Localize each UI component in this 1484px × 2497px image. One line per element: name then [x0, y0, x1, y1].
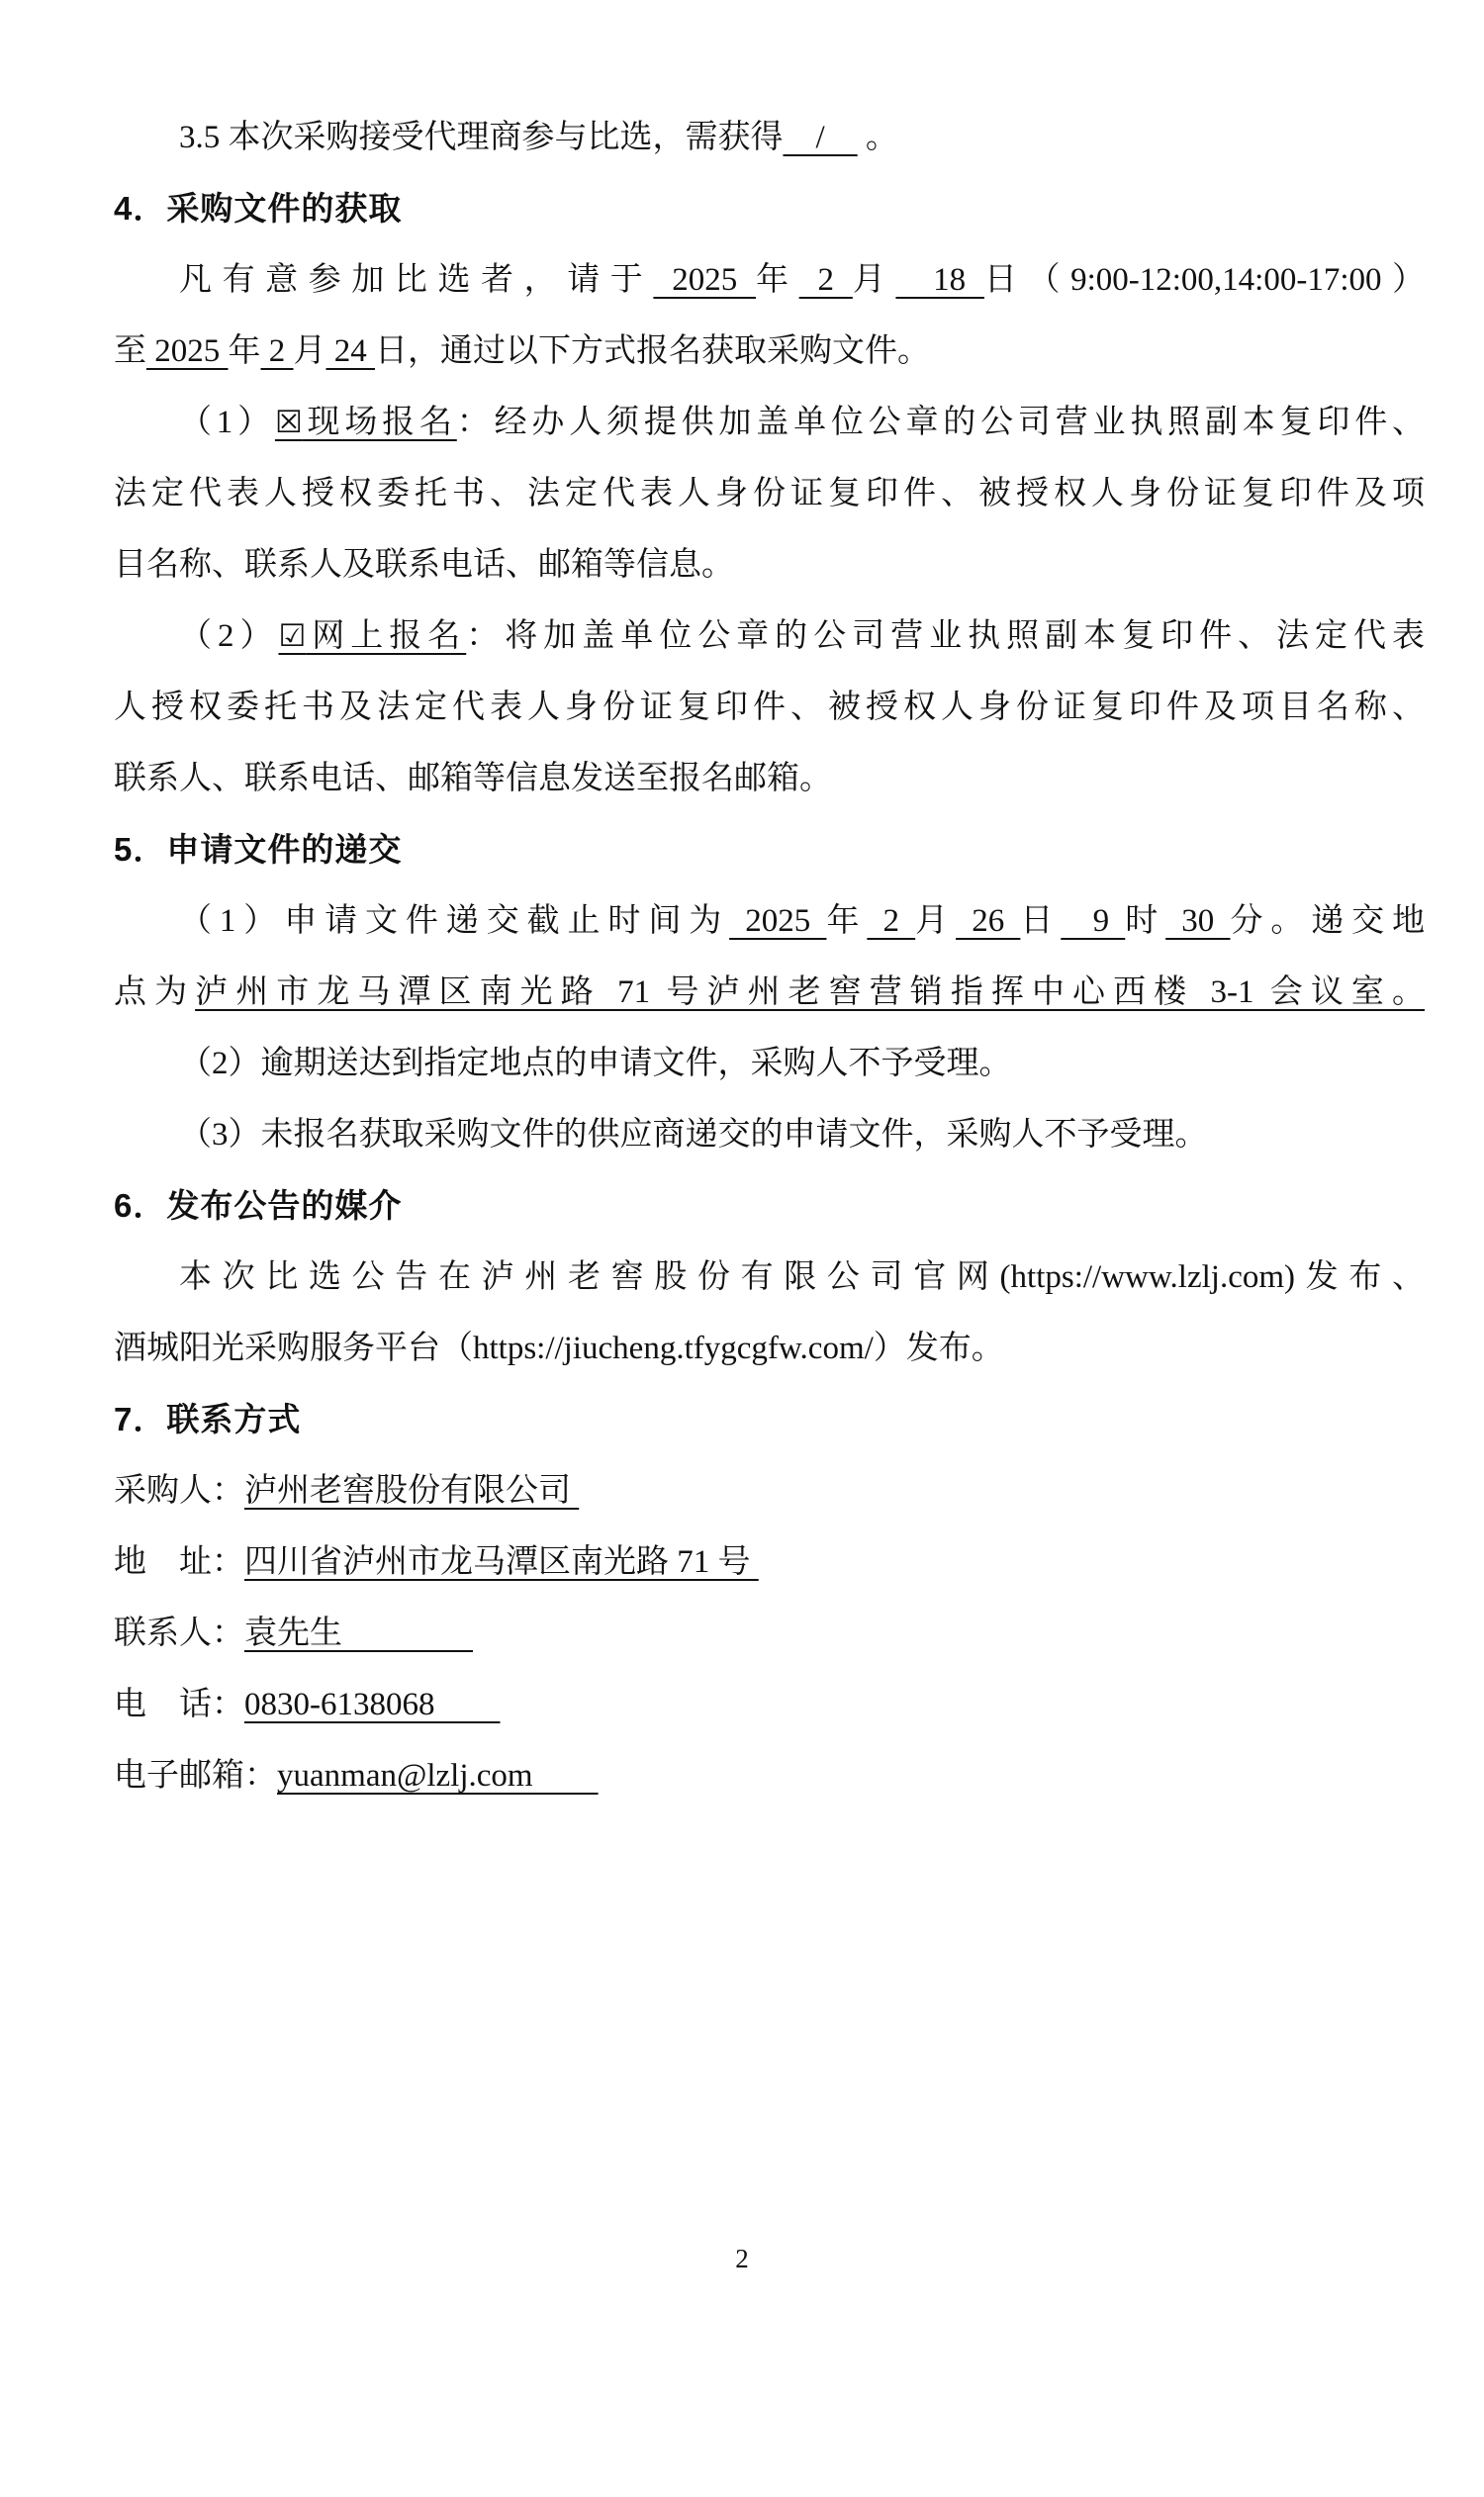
purchaser-value: 泸州老窖股份有限公司: [244, 1473, 579, 1509]
text-run: ：将加盖单位公章的公司营业执照副本复印件、法定代表: [466, 618, 1425, 654]
reg-end-day: 24: [326, 333, 376, 369]
para-obtain-line-2: 至 2025 年 2 月 24 日，通过以下方式报名获取采购文件。: [114, 316, 1425, 387]
para-onsite-line-3: 目名称、联系人及联系电话、邮箱等信息。: [114, 529, 1425, 601]
deadline-hour: 9: [1061, 903, 1125, 939]
text-run: （3）未报名获取采购文件的供应商递交的申请文件，采购人不予受理。: [179, 1117, 1208, 1153]
text-run: 联系人、联系电话、邮箱等信息发送至报名邮箱。: [114, 761, 832, 796]
text-run: （2）: [179, 618, 278, 654]
submission-location: 泸州市龙马潭区南光路 71 号泸州老窖营销指挥中心西楼 3-1 会议室。: [195, 974, 1425, 1010]
reg-end-year: 2025: [146, 333, 229, 369]
contact-person-label: 联系人：: [114, 1616, 244, 1651]
online-registration-label: 网上报名: [306, 618, 466, 654]
deadline-minute: 30: [1165, 903, 1230, 939]
contact-email: 电子邮箱：yuanman@lzlj.com: [114, 1740, 1425, 1811]
reg-start-day: 18: [895, 262, 984, 298]
text-run: 目名称、联系人及联系电话、邮箱等信息。: [114, 547, 734, 583]
text-run: 点为: [114, 974, 195, 1010]
para-onsite-line-2: 法定代表人授权委托书、法定代表人身份证复印件、被授权人身份证复印件及项: [114, 458, 1425, 529]
text-run: 至: [114, 333, 146, 369]
para-media-line-1: 本次比选公告在泸州老窖股份有限公司官网(https://www.lzlj.com…: [114, 1242, 1425, 1313]
heading-6: 6．发布公告的媒介: [114, 1170, 1425, 1242]
onsite-registration-label: 现场报名: [303, 405, 457, 440]
text-run: 时: [1125, 903, 1165, 939]
email-label: 电子邮箱：: [114, 1758, 277, 1794]
email-value: yuanman@lzlj.com: [277, 1758, 599, 1794]
phone-value: 0830-6138068: [244, 1687, 501, 1722]
text-run: 月: [853, 262, 896, 298]
para-deadline-line-1: （1）申请文件递交截止时间为 2025 年 2 月 26 日 9 时 30 分。…: [114, 885, 1425, 957]
document-page: 3.5 本次采购接受代理商参与比选，需获得 / 。4．采购文件的获取凡有意参加比…: [0, 0, 1484, 2497]
section-6-title: 6．发布公告的媒介: [114, 1187, 402, 1224]
reg-start-year: 2025: [653, 262, 756, 298]
document-body: 3.5 本次采购接受代理商参与比选，需获得 / 。4．采购文件的获取凡有意参加比…: [114, 102, 1425, 1811]
text-run: 日: [1020, 903, 1061, 939]
page-number: 2: [0, 2244, 1484, 2274]
address-value: 四川省泸州市龙马潭区南光路 71 号: [244, 1544, 759, 1580]
text-run: （1）申请文件递交截止时间为: [179, 903, 729, 939]
section-7-title: 7．联系方式: [114, 1401, 301, 1437]
text-run: 年: [756, 262, 799, 298]
text-run: 分。递交地: [1230, 903, 1425, 939]
contact-person-value: 袁先生: [244, 1616, 473, 1651]
text-run: 月: [915, 903, 956, 939]
section-5-title: 5．申请文件的递交: [114, 831, 402, 868]
para-online-line-1: （2）☑网上报名：将加盖单位公章的公司营业执照副本复印件、法定代表: [114, 601, 1425, 672]
deadline-year: 2025: [729, 903, 826, 939]
purchaser-label: 采购人：: [114, 1473, 244, 1509]
text-run: 3.5 本次采购接受代理商参与比选，需获得: [179, 120, 784, 155]
deadline-month: 2: [867, 903, 915, 939]
reg-start-month: 2: [799, 262, 853, 298]
text-run: ：经办人须提供加盖单位公章的公司营业执照副本复印件、: [457, 405, 1425, 440]
para-media-line-2: 酒城阳光采购服务平台（https://jiucheng.tfygcgfw.com…: [114, 1313, 1425, 1384]
heading-5: 5．申请文件的递交: [114, 814, 1425, 885]
para-obtain-line-1: 凡有意参加比选者，请于 2025 年 2 月 18 日（9:00-12:00,1…: [114, 244, 1425, 316]
checkbox-x-icon: ☒: [275, 405, 303, 440]
para-deadline-line-2: 点为泸州市龙马潭区南光路 71 号泸州老窖营销指挥中心西楼 3-1 会议室。: [114, 957, 1425, 1028]
heading-4: 4．采购文件的获取: [114, 173, 1425, 244]
text-run: 。: [858, 120, 898, 155]
text-run: 人授权委托书及法定代表人身份证复印件、被授权人身份证复印件及项目名称、: [114, 690, 1425, 725]
para-online-line-2: 人授权委托书及法定代表人身份证复印件、被授权人身份证复印件及项目名称、: [114, 672, 1425, 743]
text-run: （1）: [179, 405, 275, 440]
reg-end-month: 2: [261, 333, 294, 369]
text-run: 年: [229, 333, 261, 369]
phone-label: 电 话：: [114, 1687, 244, 1722]
heading-7: 7．联系方式: [114, 1384, 1425, 1455]
text-run: 月: [294, 333, 326, 369]
para-online-line-3: 联系人、联系电话、邮箱等信息发送至报名邮箱。: [114, 743, 1425, 814]
contact-person: 联系人：袁先生: [114, 1598, 1425, 1669]
text-run: 凡有意参加比选者，请于: [179, 262, 653, 298]
section-4-title: 4．采购文件的获取: [114, 190, 402, 227]
para-unregistered-supplier: （3）未报名获取采购文件的供应商递交的申请文件，采购人不予受理。: [114, 1099, 1425, 1170]
contact-phone: 电 话：0830-6138068: [114, 1669, 1425, 1740]
para-onsite-line-1: （1）☒现场报名：经办人须提供加盖单位公章的公司营业执照副本复印件、: [114, 387, 1425, 458]
text-run: 本次比选公告在泸州老窖股份有限公司官网(https://www.lzlj.com…: [179, 1259, 1425, 1295]
para-late-delivery: （2）逾期送达到指定地点的申请文件，采购人不予受理。: [114, 1028, 1425, 1099]
contact-purchaser: 采购人：泸州老窖股份有限公司: [114, 1455, 1425, 1526]
text-run: 酒城阳光采购服务平台（https://jiucheng.tfygcgfw.com…: [114, 1331, 1004, 1366]
address-label: 地 址：: [114, 1544, 244, 1580]
checkbox-check-icon: ☑: [278, 618, 306, 654]
contact-address: 地 址：四川省泸州市龙马潭区南光路 71 号: [114, 1526, 1425, 1598]
text-run: 法定代表人授权委托书、法定代表人身份证复印件、被授权人身份证复印件及项: [114, 476, 1425, 511]
text-run: 年: [826, 903, 867, 939]
deadline-day: 26: [956, 903, 1020, 939]
text-run: （2）逾期送达到指定地点的申请文件，采购人不予受理。: [179, 1046, 1012, 1081]
agent-qualification-blank: /: [784, 120, 858, 155]
text-run: 日（9:00-12:00,14:00-17:00）: [984, 262, 1425, 298]
para-3-5: 3.5 本次采购接受代理商参与比选，需获得 / 。: [114, 102, 1425, 173]
text-run: 日，通过以下方式报名获取采购文件。: [375, 333, 930, 369]
